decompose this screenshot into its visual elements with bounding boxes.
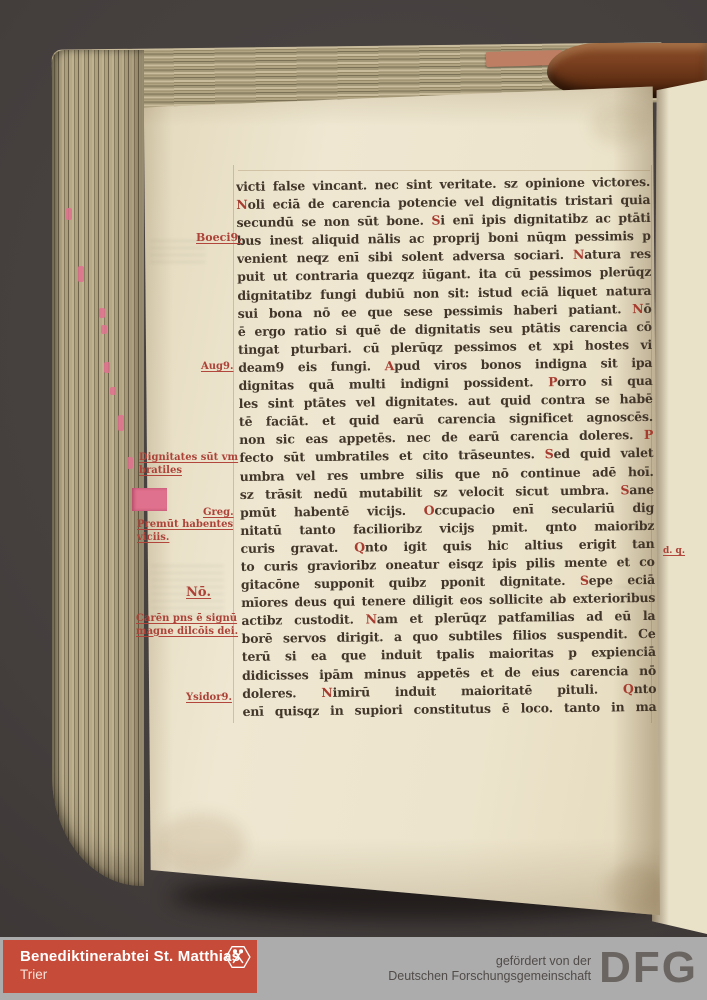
abbey-name: Benediktinerabtei St. Matthias [20, 948, 257, 965]
fore-edge-pink-tab [78, 266, 84, 282]
fore-edge-pink-tab [127, 457, 133, 469]
margin-note: d. q. [663, 546, 685, 557]
right-page-sliver [651, 80, 707, 934]
ruling-line [238, 170, 650, 171]
manuscript-text-block: victi false vincant. nec sint veritate. … [236, 173, 657, 721]
margin-note: Dignitates sūt vmbratiles [139, 452, 238, 477]
margin-note: Boeci9. [196, 231, 242, 245]
parchment-stain [606, 864, 666, 914]
abbey-badge: Benediktinerabtei St. Matthias Trier [3, 940, 257, 993]
abbey-city: Trier [20, 967, 257, 982]
ruling-line [233, 165, 234, 723]
fore-edge-pink-tab [101, 325, 107, 334]
footer-bar: Benediktinerabtei St. Matthias Trier gef… [0, 937, 707, 1000]
funding-line-1: gefördert von der [388, 954, 591, 969]
margin-note: Ysidor9. [186, 692, 232, 705]
book-fore-edge-stack [52, 50, 144, 886]
funding-line-2: Deutschen Forschungsgemeinschaft [388, 969, 591, 984]
margin-note: Greg. [203, 507, 234, 520]
margin-note: Carēn pns ē signūmagne dilcōis dei. [136, 613, 238, 638]
manuscript-photo: victi false vincant. nec sint veritate. … [0, 0, 707, 1000]
dfg-logo: DFG [599, 948, 698, 988]
abbey-hexagon-icon [225, 945, 251, 969]
fore-edge-pink-tab [66, 208, 72, 220]
margin-note: Premūt habentesviciis. [137, 519, 233, 544]
margin-note: Aug9. [201, 361, 233, 374]
fore-edge-pink-tab [118, 415, 124, 431]
funding-credit: gefördert von der Deutschen Forschungsge… [388, 948, 698, 988]
fore-edge-pink-tab [99, 308, 105, 318]
parchment-stain [591, 104, 651, 144]
margin-note: Nō. [186, 585, 211, 601]
fore-edge-pink-tab [104, 362, 110, 373]
pink-repair-patch [132, 488, 167, 511]
parchment-stain [156, 814, 246, 874]
fore-edge-pink-tab [110, 387, 116, 395]
